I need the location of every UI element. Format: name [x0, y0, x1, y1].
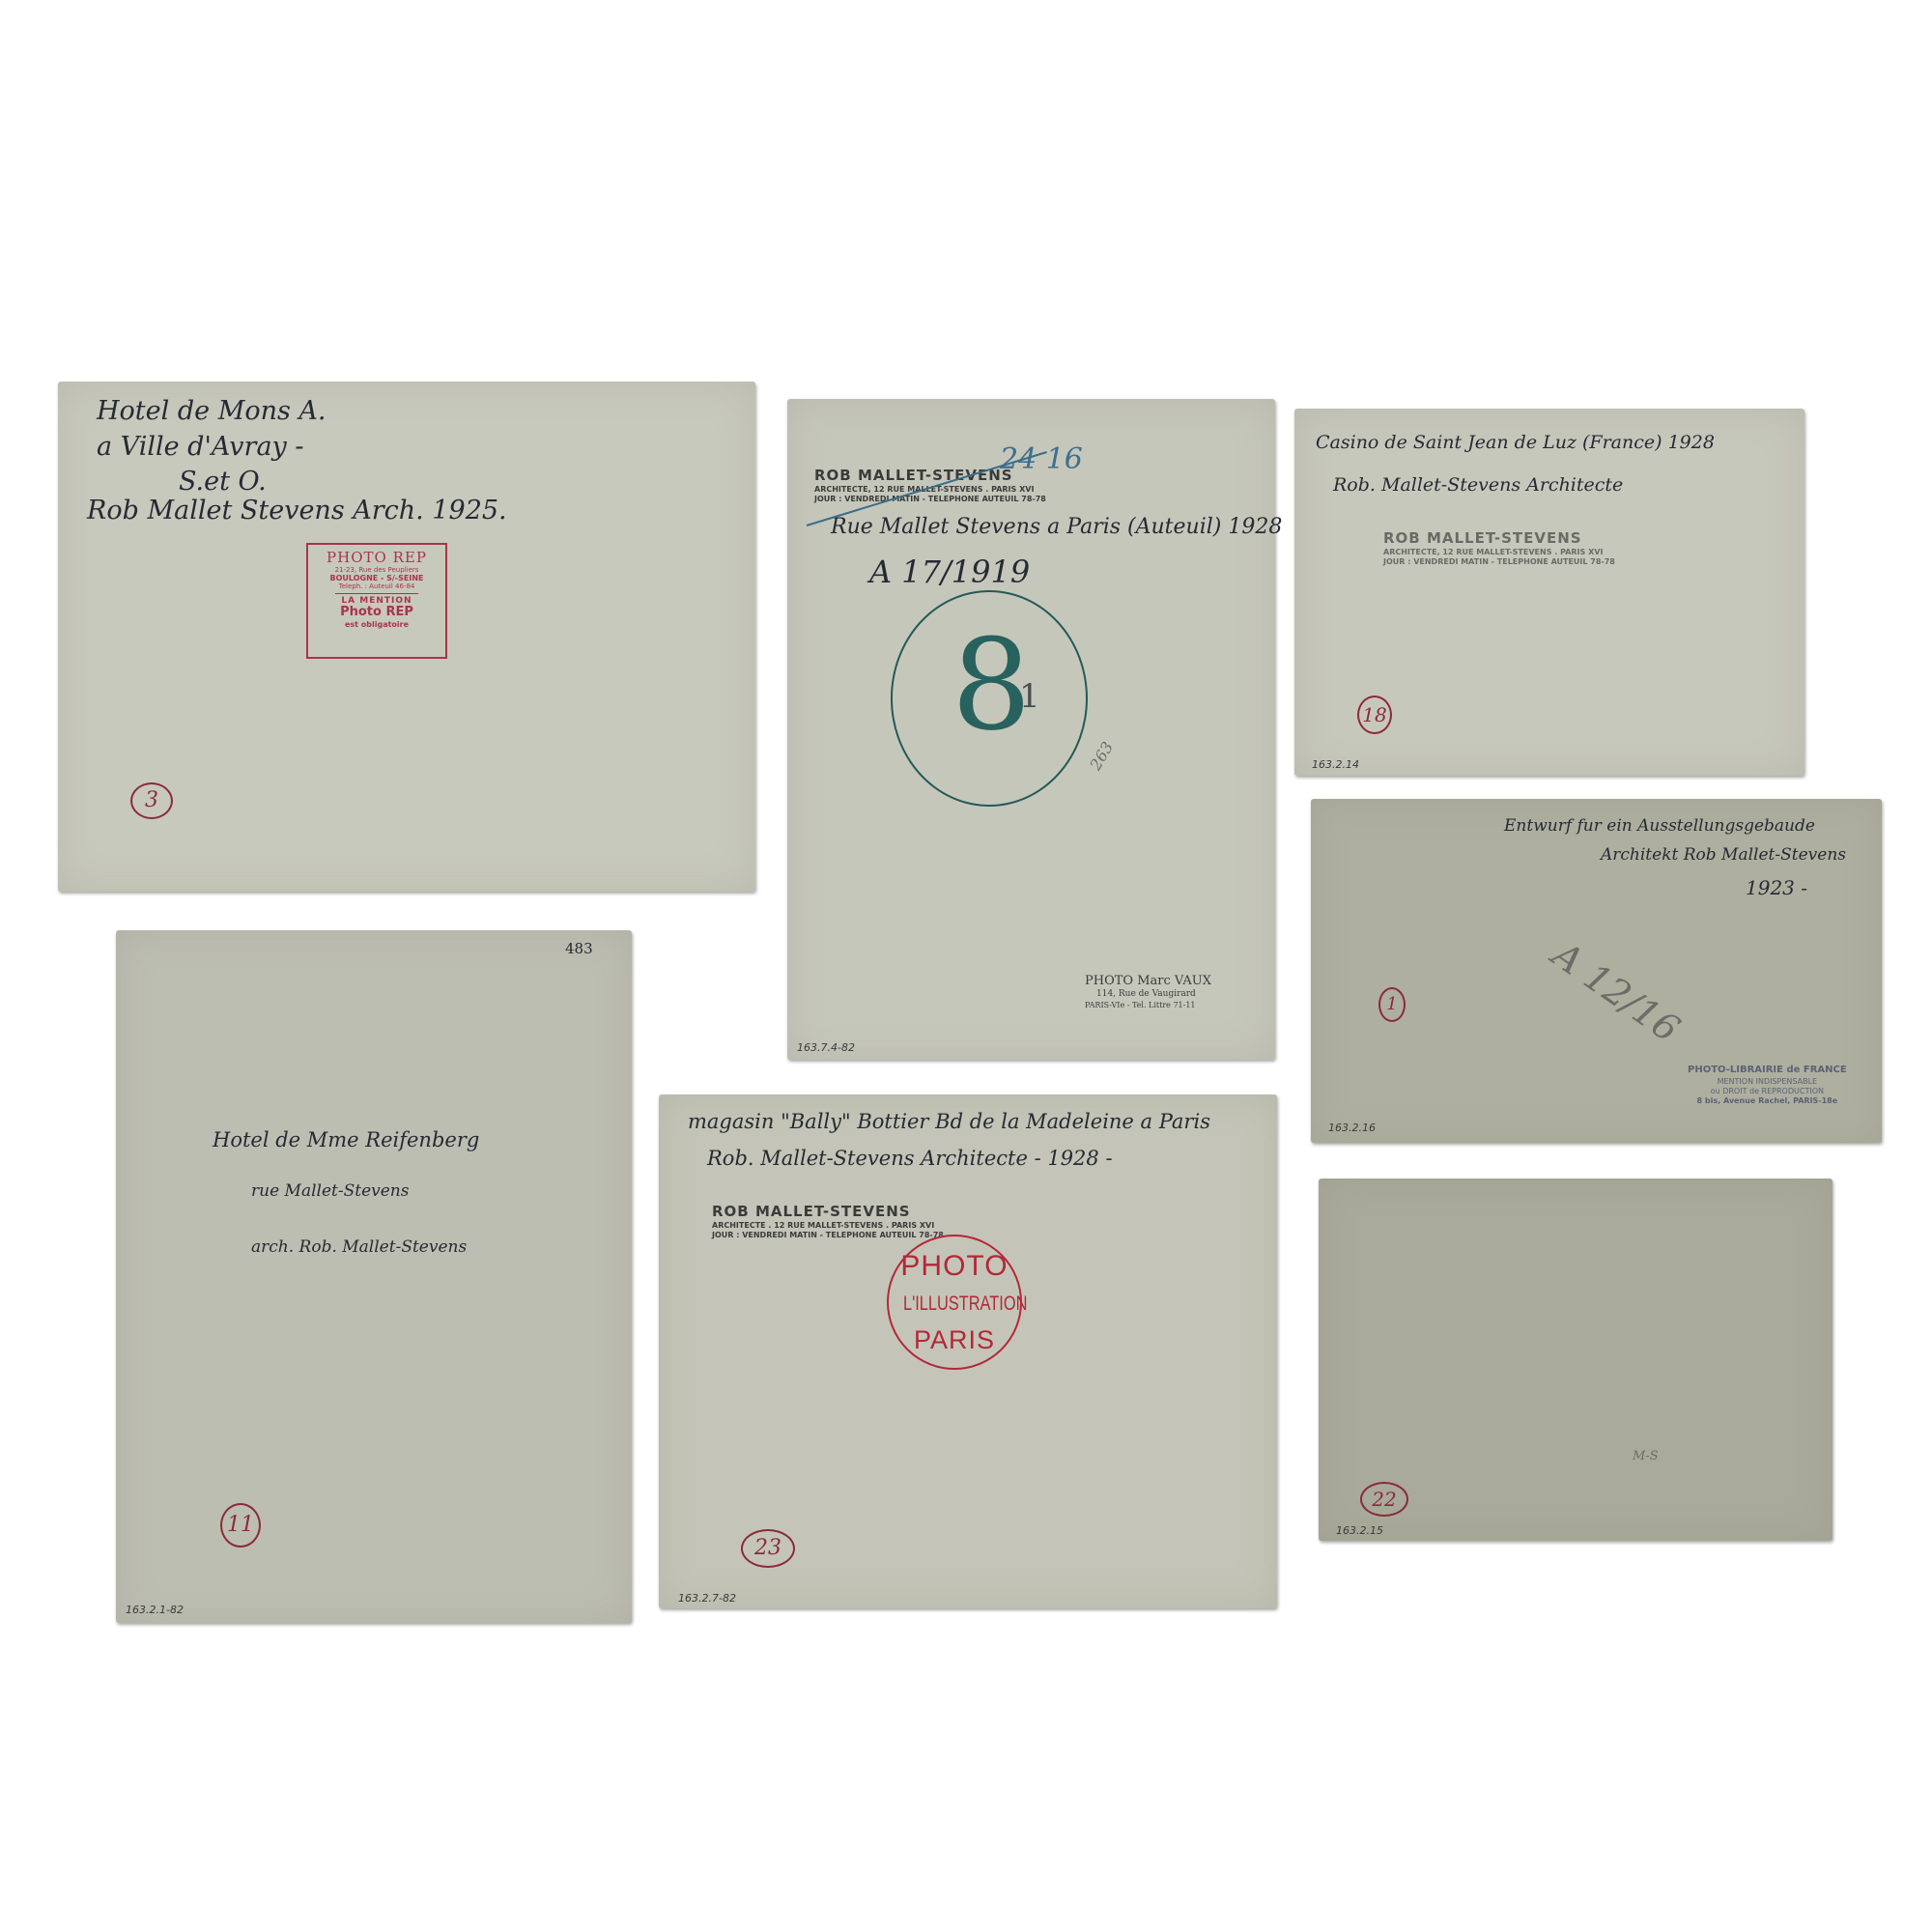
mallet-stevens-letterhead: ROB MALLET-STEVENS ARCHITECTE, 12 RUE MA…: [1383, 529, 1615, 567]
photo-librairie-stamp: PHOTO-LIBRAIRIE de FRANCE MENTION INDISP…: [1688, 1065, 1847, 1106]
inventory-number: 163.2.7-82: [678, 1592, 736, 1605]
corner-number: 483: [565, 940, 593, 957]
photo-card-18: Casino de Saint Jean de Luz (France) 192…: [1294, 409, 1804, 776]
caption-line: S.et O.: [179, 467, 267, 497]
caption-line: Entwurf fur ein Ausstellungsgebaude: [1504, 816, 1815, 836]
caption-line: A 17/1919: [869, 554, 1030, 590]
pencil-note: A 12/16: [1545, 933, 1687, 1051]
caption-line: Rue Mallet Stevens a Paris (Auteuil) 192…: [831, 515, 1282, 539]
inventory-number: 163.2.14: [1312, 758, 1359, 771]
caption-line: Casino de Saint Jean de Luz (France) 192…: [1316, 432, 1715, 453]
photo-card-1: Entwurf fur ein Ausstellungsgebaude Arch…: [1311, 799, 1882, 1143]
marc-vaux-stamp: PHOTO Marc VAUX 114, Rue de Vaugirard PA…: [1085, 974, 1211, 1010]
photo-illustration-stamp: PHOTO L'ILLUSTRATION PARIS: [887, 1235, 1022, 1370]
inventory-number: 163.2.15: [1336, 1524, 1383, 1537]
caption-line: a Ville d'Avray -: [97, 432, 304, 462]
circled-number: 11: [220, 1503, 261, 1548]
circled-number: 22: [1360, 1482, 1408, 1517]
photo-card-11: 483 Hotel de Mme Reifenberg rue Mallet-S…: [116, 930, 632, 1623]
circled-number: 18: [1357, 696, 1392, 734]
caption-line: 1923 -: [1746, 876, 1807, 899]
caption-line: Architekt Rob Mallet-Stevens: [1601, 845, 1846, 865]
photo-rep-stamp: PHOTO REP 21-23, Rue des Peupliers BOULO…: [306, 543, 447, 659]
blue-pencil-note: 24 16: [1000, 442, 1083, 476]
superscript-note: 1: [1019, 677, 1040, 716]
photo-card-3: Hotel de Mons A. a Ville d'Avray - S.et …: [58, 382, 755, 892]
caption-line: arch. Rob. Mallet-Stevens: [251, 1237, 467, 1257]
caption-line: Rob Mallet Stevens Arch. 1925.: [87, 496, 507, 526]
side-note: 263: [1086, 739, 1117, 774]
caption-line: magasin "Bally" Bottier Bd de la Madelei…: [688, 1110, 1210, 1133]
caption-line: Hotel de Mons A.: [97, 396, 327, 426]
caption-line: Rob. Mallet-Stevens Architecte: [1333, 474, 1623, 496]
pencil-note: M-S: [1633, 1449, 1659, 1463]
inventory-number: 163.2.16: [1328, 1122, 1376, 1134]
photo-card-22: M-S 22 163.2.15: [1319, 1179, 1833, 1541]
circled-number: 3: [130, 782, 173, 819]
circled-number: 23: [741, 1529, 795, 1568]
inventory-number: 163.7.4-82: [797, 1041, 855, 1054]
caption-line: Hotel de Mme Reifenberg: [213, 1128, 479, 1151]
photo-card-23: magasin "Bally" Bottier Bd de la Madelei…: [659, 1094, 1277, 1608]
photo-card-8: ROB MALLET-STEVENS ARCHITECTE, 12 RUE MA…: [787, 399, 1275, 1060]
caption-line: Rob. Mallet-Stevens Architecte - 1928 -: [707, 1147, 1113, 1170]
mallet-stevens-letterhead: ROB MALLET-STEVENS ARCHITECTE . 12 RUE M…: [712, 1203, 944, 1240]
inventory-number: 163.2.1-82: [126, 1604, 184, 1616]
caption-line: rue Mallet-Stevens: [251, 1181, 409, 1201]
circled-number: 1: [1378, 987, 1406, 1022]
